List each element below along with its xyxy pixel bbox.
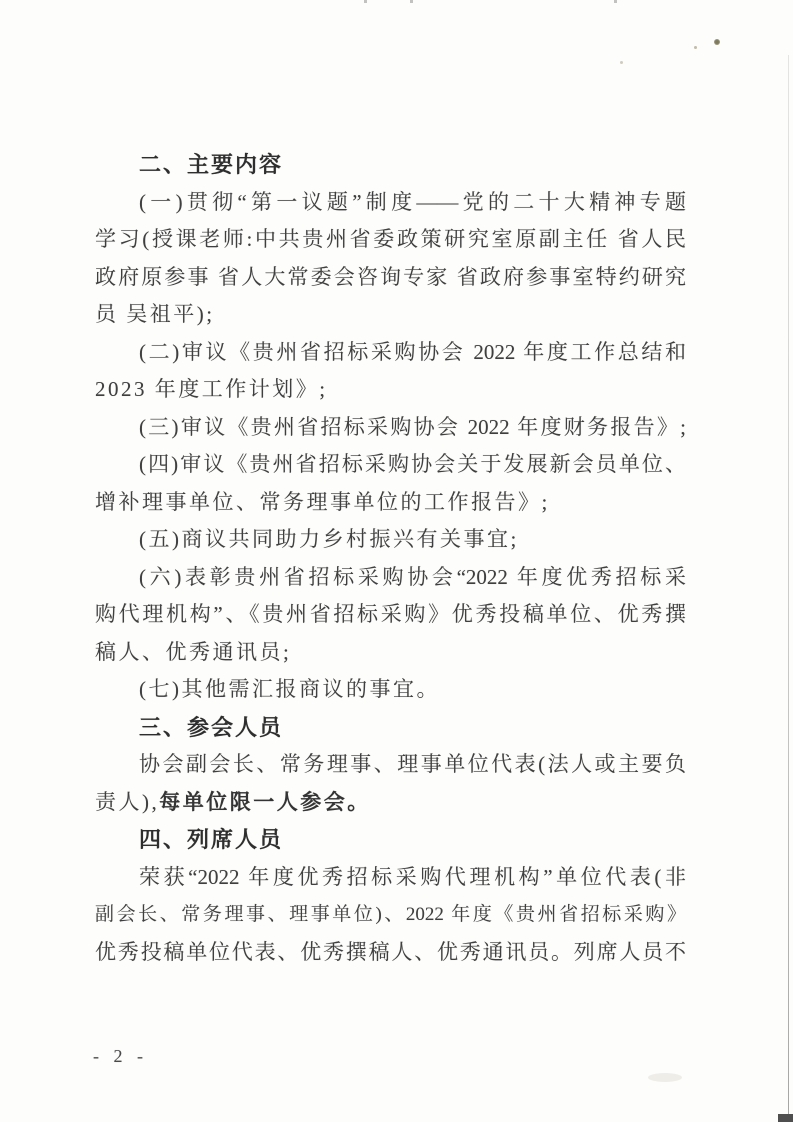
- doc-line: (四)审议《贵州省招标采购协会关于发展新会员单位、: [95, 446, 686, 484]
- doc-line: (七)其他需汇报商议的事宜。: [95, 671, 686, 709]
- section-heading-attendees: 三、参会人员: [95, 709, 686, 747]
- doc-line: 员 吴祖平);: [95, 296, 686, 334]
- page-number: - 2 -: [93, 1046, 148, 1067]
- document-body: 二、主要内容 (一)贯彻“第一议题”制度——党的二十大精神专题 学习(授课老师:…: [95, 146, 686, 971]
- doc-line: 2023 年度工作计划》;: [95, 371, 686, 409]
- section-heading-main-content: 二、主要内容: [95, 146, 686, 184]
- doc-line: 荣获“2022 年度优秀招标采购代理机构”单位代表(非: [95, 859, 686, 897]
- doc-line: 稿人、优秀通讯员;: [95, 634, 686, 672]
- doc-line: 副会长、常务理事、理事单位)、2022 年度《贵州省招标采购》: [95, 896, 686, 934]
- doc-line: (一)贯彻“第一议题”制度——党的二十大精神专题: [95, 184, 686, 222]
- scan-speck: [620, 61, 623, 64]
- doc-line: (五)商议共同助力乡村振兴有关事宜;: [95, 521, 686, 559]
- doc-line: 协会副会长、常务理事、理事单位代表(法人或主要负: [95, 746, 686, 784]
- doc-line: 学习(授课老师:中共贵州省委政策研究室原副主任 省人民: [95, 221, 686, 259]
- scan-smudge: [648, 1073, 682, 1082]
- scan-speck: [714, 39, 720, 45]
- scan-edge-tick: [614, 0, 617, 3]
- doc-line: 增补理事单位、常务理事单位的工作报告》;: [95, 484, 686, 522]
- scan-edge-tick: [364, 0, 367, 3]
- doc-line: 政府原参事 省人大常委会咨询专家 省政府参事室特约研究: [95, 259, 686, 297]
- doc-line: 责人),每单位限一人参会。: [95, 784, 686, 822]
- doc-line: (六)表彰贵州省招标采购协会“2022 年度优秀招标采: [95, 559, 686, 597]
- doc-line: 优秀投稿单位代表、优秀撰稿人、优秀通讯员。列席人员不: [95, 934, 686, 972]
- doc-line-normal-segment: 责人),: [95, 790, 159, 814]
- scan-corner-mark: [778, 1114, 793, 1122]
- scan-edge-tick: [410, 0, 413, 3]
- doc-line-emphasis-segment: 每单位限一人参会。: [159, 791, 371, 814]
- doc-line: (三)审议《贵州省招标采购协会 2022 年度财务报告》;: [95, 409, 686, 447]
- section-heading-observers: 四、列席人员: [95, 821, 686, 859]
- scan-page-edge-line: [788, 55, 789, 1122]
- doc-line: (二)审议《贵州省招标采购协会 2022 年度工作总结和: [95, 334, 686, 372]
- doc-line: 购代理机构”、《贵州省招标采购》优秀投稿单位、优秀撰: [95, 596, 686, 634]
- scanned-document-page: 二、主要内容 (一)贯彻“第一议题”制度——党的二十大精神专题 学习(授课老师:…: [0, 0, 793, 1122]
- scan-speck: [694, 46, 697, 49]
